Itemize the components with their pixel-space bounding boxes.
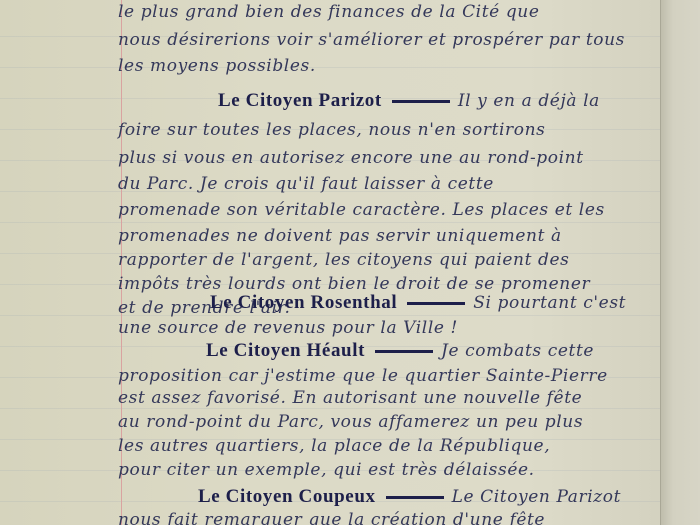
speaker-name: Le Citoyen Parizot — [218, 90, 382, 111]
text-line: promenades ne doivent pas servir uniquem… — [118, 226, 562, 246]
speaker-dash — [407, 302, 465, 305]
handwritten-text-block: le plus grand bien des finances de la Ci… — [118, 0, 658, 525]
speaker-heading: Le Citoyen ParizotIl y en a déjà la — [218, 90, 600, 112]
manuscript-page: le plus grand bien des finances de la Ci… — [0, 0, 660, 525]
text-line: une source de revenus pour la Ville ! — [118, 318, 458, 338]
speaker-heading: Le Citoyen RosenthalSi pourtant c'est — [210, 292, 626, 314]
text-line: pour citer un exemple, qui est très déla… — [118, 460, 535, 480]
text-line: nous fait remarquer que la création d'un… — [118, 510, 545, 525]
speaker-name: Le Citoyen Héault — [206, 340, 365, 361]
speaker-dash — [375, 350, 433, 353]
text-line: les autres quartiers, la place de la Rép… — [118, 436, 550, 456]
text-line: impôts très lourds ont bien le droit de … — [118, 274, 590, 294]
speaker-name: Le Citoyen Coupeux — [198, 486, 376, 507]
text-line: les moyens possibles. — [118, 56, 316, 76]
speaker-dash — [392, 100, 450, 103]
speech-text: Je combats cette — [441, 341, 594, 361]
text-line: rapporter de l'argent, les citoyens qui … — [118, 250, 570, 270]
text-line: du Parc. Je crois qu'il faut laisser à c… — [118, 174, 494, 194]
text-line: au rond-point du Parc, vous affamerez un… — [118, 412, 583, 432]
speaker-dash — [386, 496, 444, 499]
text-line: proposition car j'estime que le quartier… — [118, 366, 608, 386]
speaker-name: Le Citoyen Rosenthal — [210, 292, 397, 313]
text-line: le plus grand bien des finances de la Ci… — [118, 2, 540, 22]
adjacent-page-edge — [660, 0, 700, 525]
speech-text: Il y en a déjà la — [458, 91, 600, 111]
text-line: promenade son véritable caractère. Les p… — [118, 200, 605, 220]
text-line: plus si vous en autorisez encore une au … — [118, 148, 584, 168]
text-line: est assez favorisé. En autorisant une no… — [118, 388, 582, 408]
speech-text: Le Citoyen Parizot — [452, 487, 621, 507]
text-line: nous désirerions voir s'améliorer et pro… — [118, 30, 625, 50]
speaker-heading: Le Citoyen HéaultJe combats cette — [206, 340, 594, 362]
speaker-heading: Le Citoyen CoupeuxLe Citoyen Parizot — [198, 486, 621, 508]
speech-text: Si pourtant c'est — [473, 293, 626, 313]
text-line: foire sur toutes les places, nous n'en s… — [118, 120, 545, 140]
